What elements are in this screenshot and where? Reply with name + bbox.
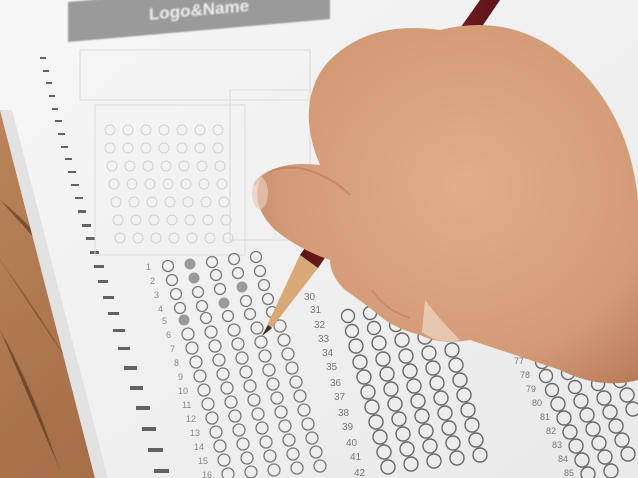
svg-text:2: 2 [150, 276, 155, 286]
svg-text:33: 33 [318, 334, 330, 345]
svg-text:80: 80 [532, 398, 542, 408]
svg-text:35: 35 [326, 362, 338, 373]
svg-text:81: 81 [540, 412, 550, 422]
svg-text:83: 83 [552, 440, 562, 450]
svg-text:6: 6 [166, 330, 171, 340]
svg-text:39: 39 [342, 422, 354, 433]
svg-text:7: 7 [170, 344, 175, 354]
photo-scene: 12345 678910 111213141516 3031323334 353… [0, 0, 638, 478]
svg-text:78: 78 [520, 370, 530, 380]
svg-text:38: 38 [338, 408, 350, 419]
svg-text:3: 3 [154, 290, 159, 300]
svg-text:16: 16 [202, 470, 212, 478]
svg-text:34: 34 [322, 348, 334, 359]
svg-text:85: 85 [564, 468, 574, 478]
svg-text:79: 79 [526, 384, 536, 394]
svg-text:32: 32 [314, 320, 326, 331]
svg-text:12: 12 [186, 414, 196, 424]
svg-text:30: 30 [304, 292, 316, 303]
svg-text:41: 41 [350, 452, 362, 463]
svg-text:14: 14 [194, 442, 204, 452]
svg-text:31: 31 [310, 305, 322, 316]
svg-text:4: 4 [158, 304, 163, 314]
svg-text:1: 1 [146, 262, 151, 272]
svg-text:84: 84 [558, 454, 568, 464]
svg-text:36: 36 [330, 378, 342, 389]
svg-text:11: 11 [182, 400, 191, 410]
svg-text:82: 82 [546, 426, 556, 436]
svg-text:9: 9 [178, 372, 183, 382]
svg-text:10: 10 [178, 386, 188, 396]
answer-sheet-photo: 12345 678910 111213141516 3031323334 353… [0, 0, 638, 478]
svg-text:37: 37 [334, 392, 346, 403]
svg-text:13: 13 [190, 428, 200, 438]
svg-text:15: 15 [198, 456, 208, 466]
sheet-header-text: Logo&Name [149, 0, 249, 25]
svg-text:5: 5 [162, 316, 167, 326]
svg-text:8: 8 [174, 358, 179, 368]
svg-text:42: 42 [354, 468, 366, 478]
svg-text:40: 40 [346, 438, 358, 449]
